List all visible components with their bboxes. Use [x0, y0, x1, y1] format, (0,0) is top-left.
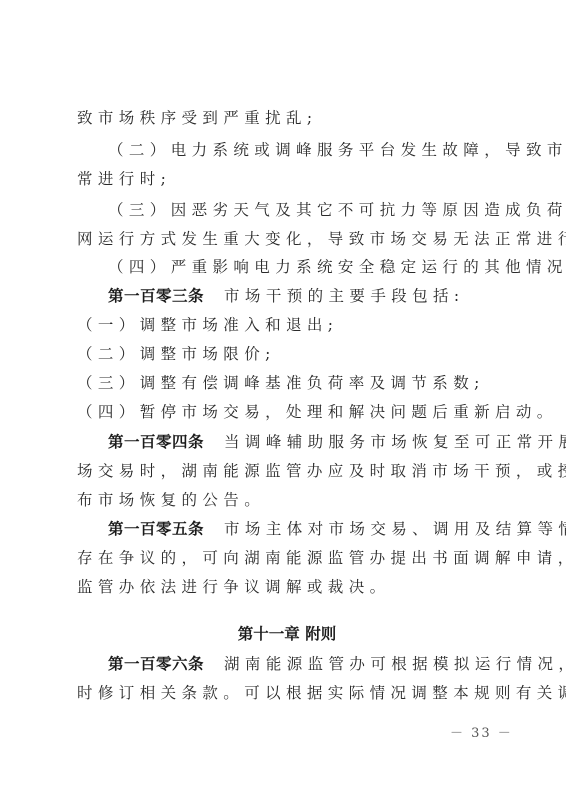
article-103: 第一百零三条市场干预的主要手段包括: — [77, 280, 528, 312]
paragraph-line: （四）严重影响电力系统安全稳定运行的其他情况。 — [77, 251, 528, 283]
paragraph-line: 致市场秩序受到严重扰乱; — [77, 102, 497, 134]
paragraph-line: 常进行时; — [77, 163, 497, 195]
chapter-heading: 第十一章 附则 — [77, 618, 497, 650]
list-item: （四）暂停市场交易，处理和解决问题后重新启动。 — [77, 396, 497, 428]
list-item: （一）调整市场准入和退出; — [77, 309, 497, 341]
list-item: （三）调整有偿调峰基准负荷率及调节系数; — [77, 367, 497, 399]
paragraph-line: 布市场恢复的公告。 — [77, 484, 497, 516]
article-text: 当调峰辅助服务市场恢复至可正常开展市 — [224, 433, 566, 451]
paragraph-line: 存在争议的，可向湖南能源监管办提出书面调解申请，湖南能源 — [77, 542, 497, 574]
article-title: 第一百零四条 — [108, 433, 204, 451]
article-text: 市场主体对市场交易、调用及结算等情况 — [224, 520, 566, 538]
paragraph-line: 监管办依法进行争议调解或裁决。 — [77, 571, 497, 603]
article-105: 第一百零五条市场主体对市场交易、调用及结算等情况 — [77, 513, 528, 545]
paragraph-line: （二）电力系统或调峰服务平台发生故障，导致市场无法正 — [77, 134, 528, 166]
list-item: （二）调整市场限价; — [77, 338, 497, 370]
article-title: 第一百零三条 — [108, 287, 204, 305]
paragraph-line: 时修订相关条款。可以根据实际情况调整本规则有关调节系数取 — [77, 677, 497, 709]
article-106: 第一百零六条湖南能源监管办可根据模拟运行情况，适 — [77, 648, 528, 680]
article-text: 湖南能源监管办可根据模拟运行情况，适 — [224, 655, 566, 673]
article-text: 市场干预的主要手段包括: — [224, 287, 465, 305]
article-title: 第一百零六条 — [108, 655, 204, 673]
article-104: 第一百零四条当调峰辅助服务市场恢复至可正常开展市 — [77, 426, 528, 458]
paragraph-line: 场交易时，湖南能源监管办应及时取消市场干预，或授权省调发 — [77, 455, 497, 487]
page-number: － 33 － — [450, 722, 513, 741]
article-title: 第一百零五条 — [108, 520, 204, 538]
paragraph-line: （三）因恶劣天气及其它不可抗力等原因造成负荷突变、电 — [77, 194, 528, 226]
